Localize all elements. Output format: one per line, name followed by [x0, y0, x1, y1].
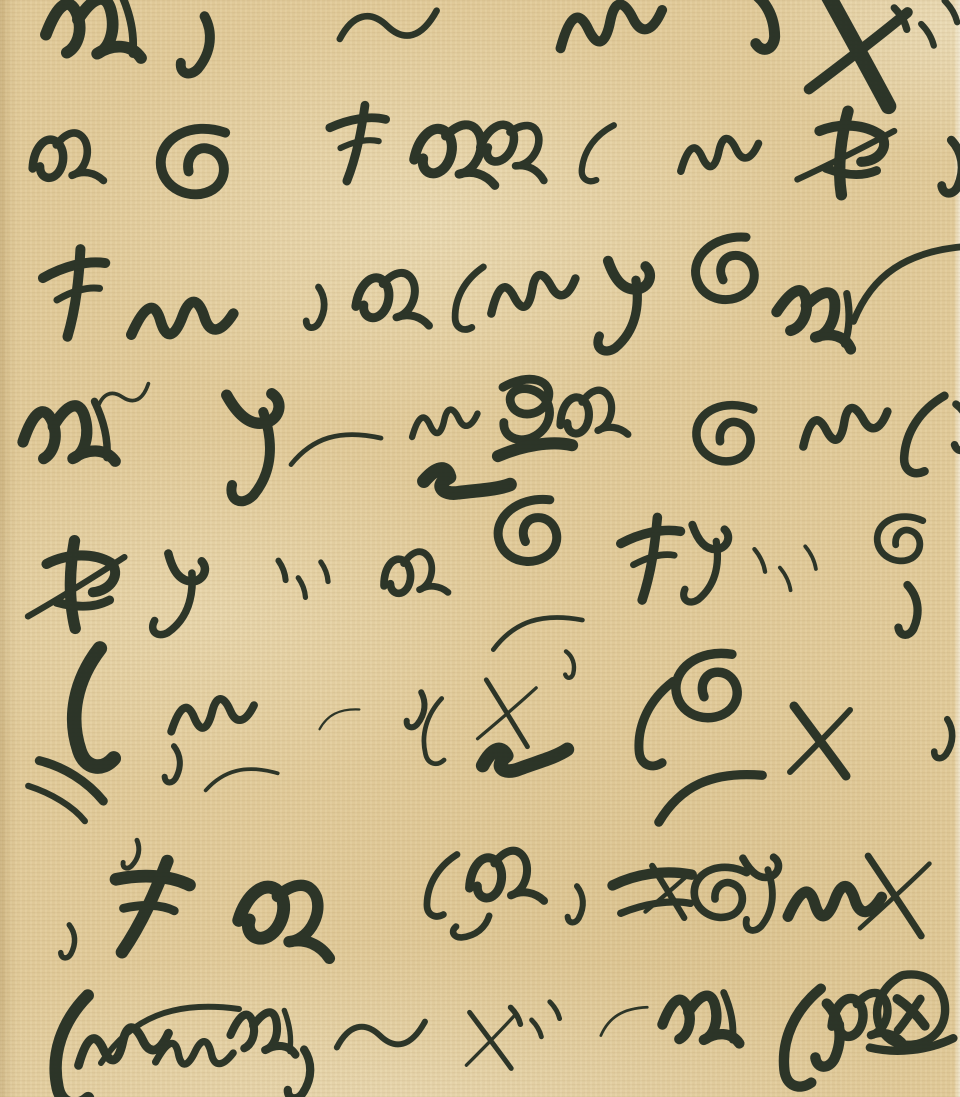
calligraphy-page	[0, 0, 960, 1097]
brush-strokes-layer	[0, 0, 960, 1097]
